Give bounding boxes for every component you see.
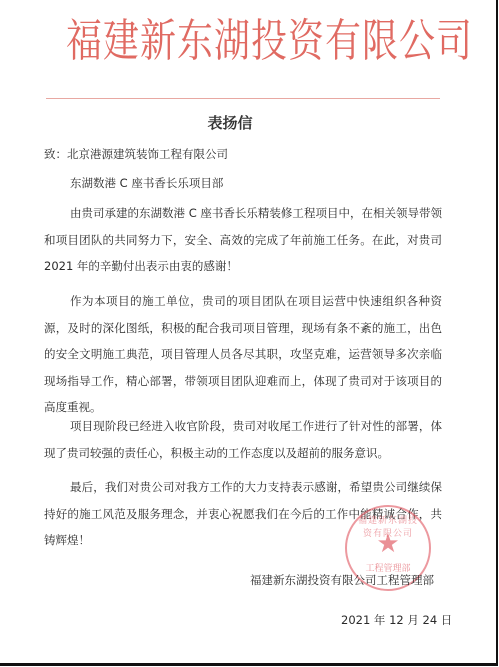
star-icon: ★	[347, 529, 429, 559]
document-title: 表扬信	[0, 112, 460, 133]
header-divider	[46, 98, 440, 99]
body-paragraph-1: 由贵司承建的东湖数港 C 座书香长乐精装修工程项目中，在相关领导带领和项目团队的…	[44, 200, 442, 280]
signature-date: 2021 年 12 月 24 日	[341, 612, 452, 628]
letterhead-company-name: 福建新东湖投资有限公司	[66, 6, 406, 70]
signature-line: 福建新东湖投资有限公司工程管理部	[250, 572, 434, 588]
recipient-line: 致：北京港源建筑装饰工程有限公司	[44, 141, 442, 168]
recipient-department: 东湖数港 C 座书香长乐项目部	[70, 170, 468, 197]
body-paragraph-2: 作为本项目的施工单位，贵司的项目团队在项目运营中快速组织各种资源，及时的深化图纸…	[44, 288, 442, 421]
body-paragraph-3: 项目现阶段已经进入收官阶段，贵司对收尾工作进行了针对性的部署，体现了贵司较强的责…	[44, 413, 442, 466]
